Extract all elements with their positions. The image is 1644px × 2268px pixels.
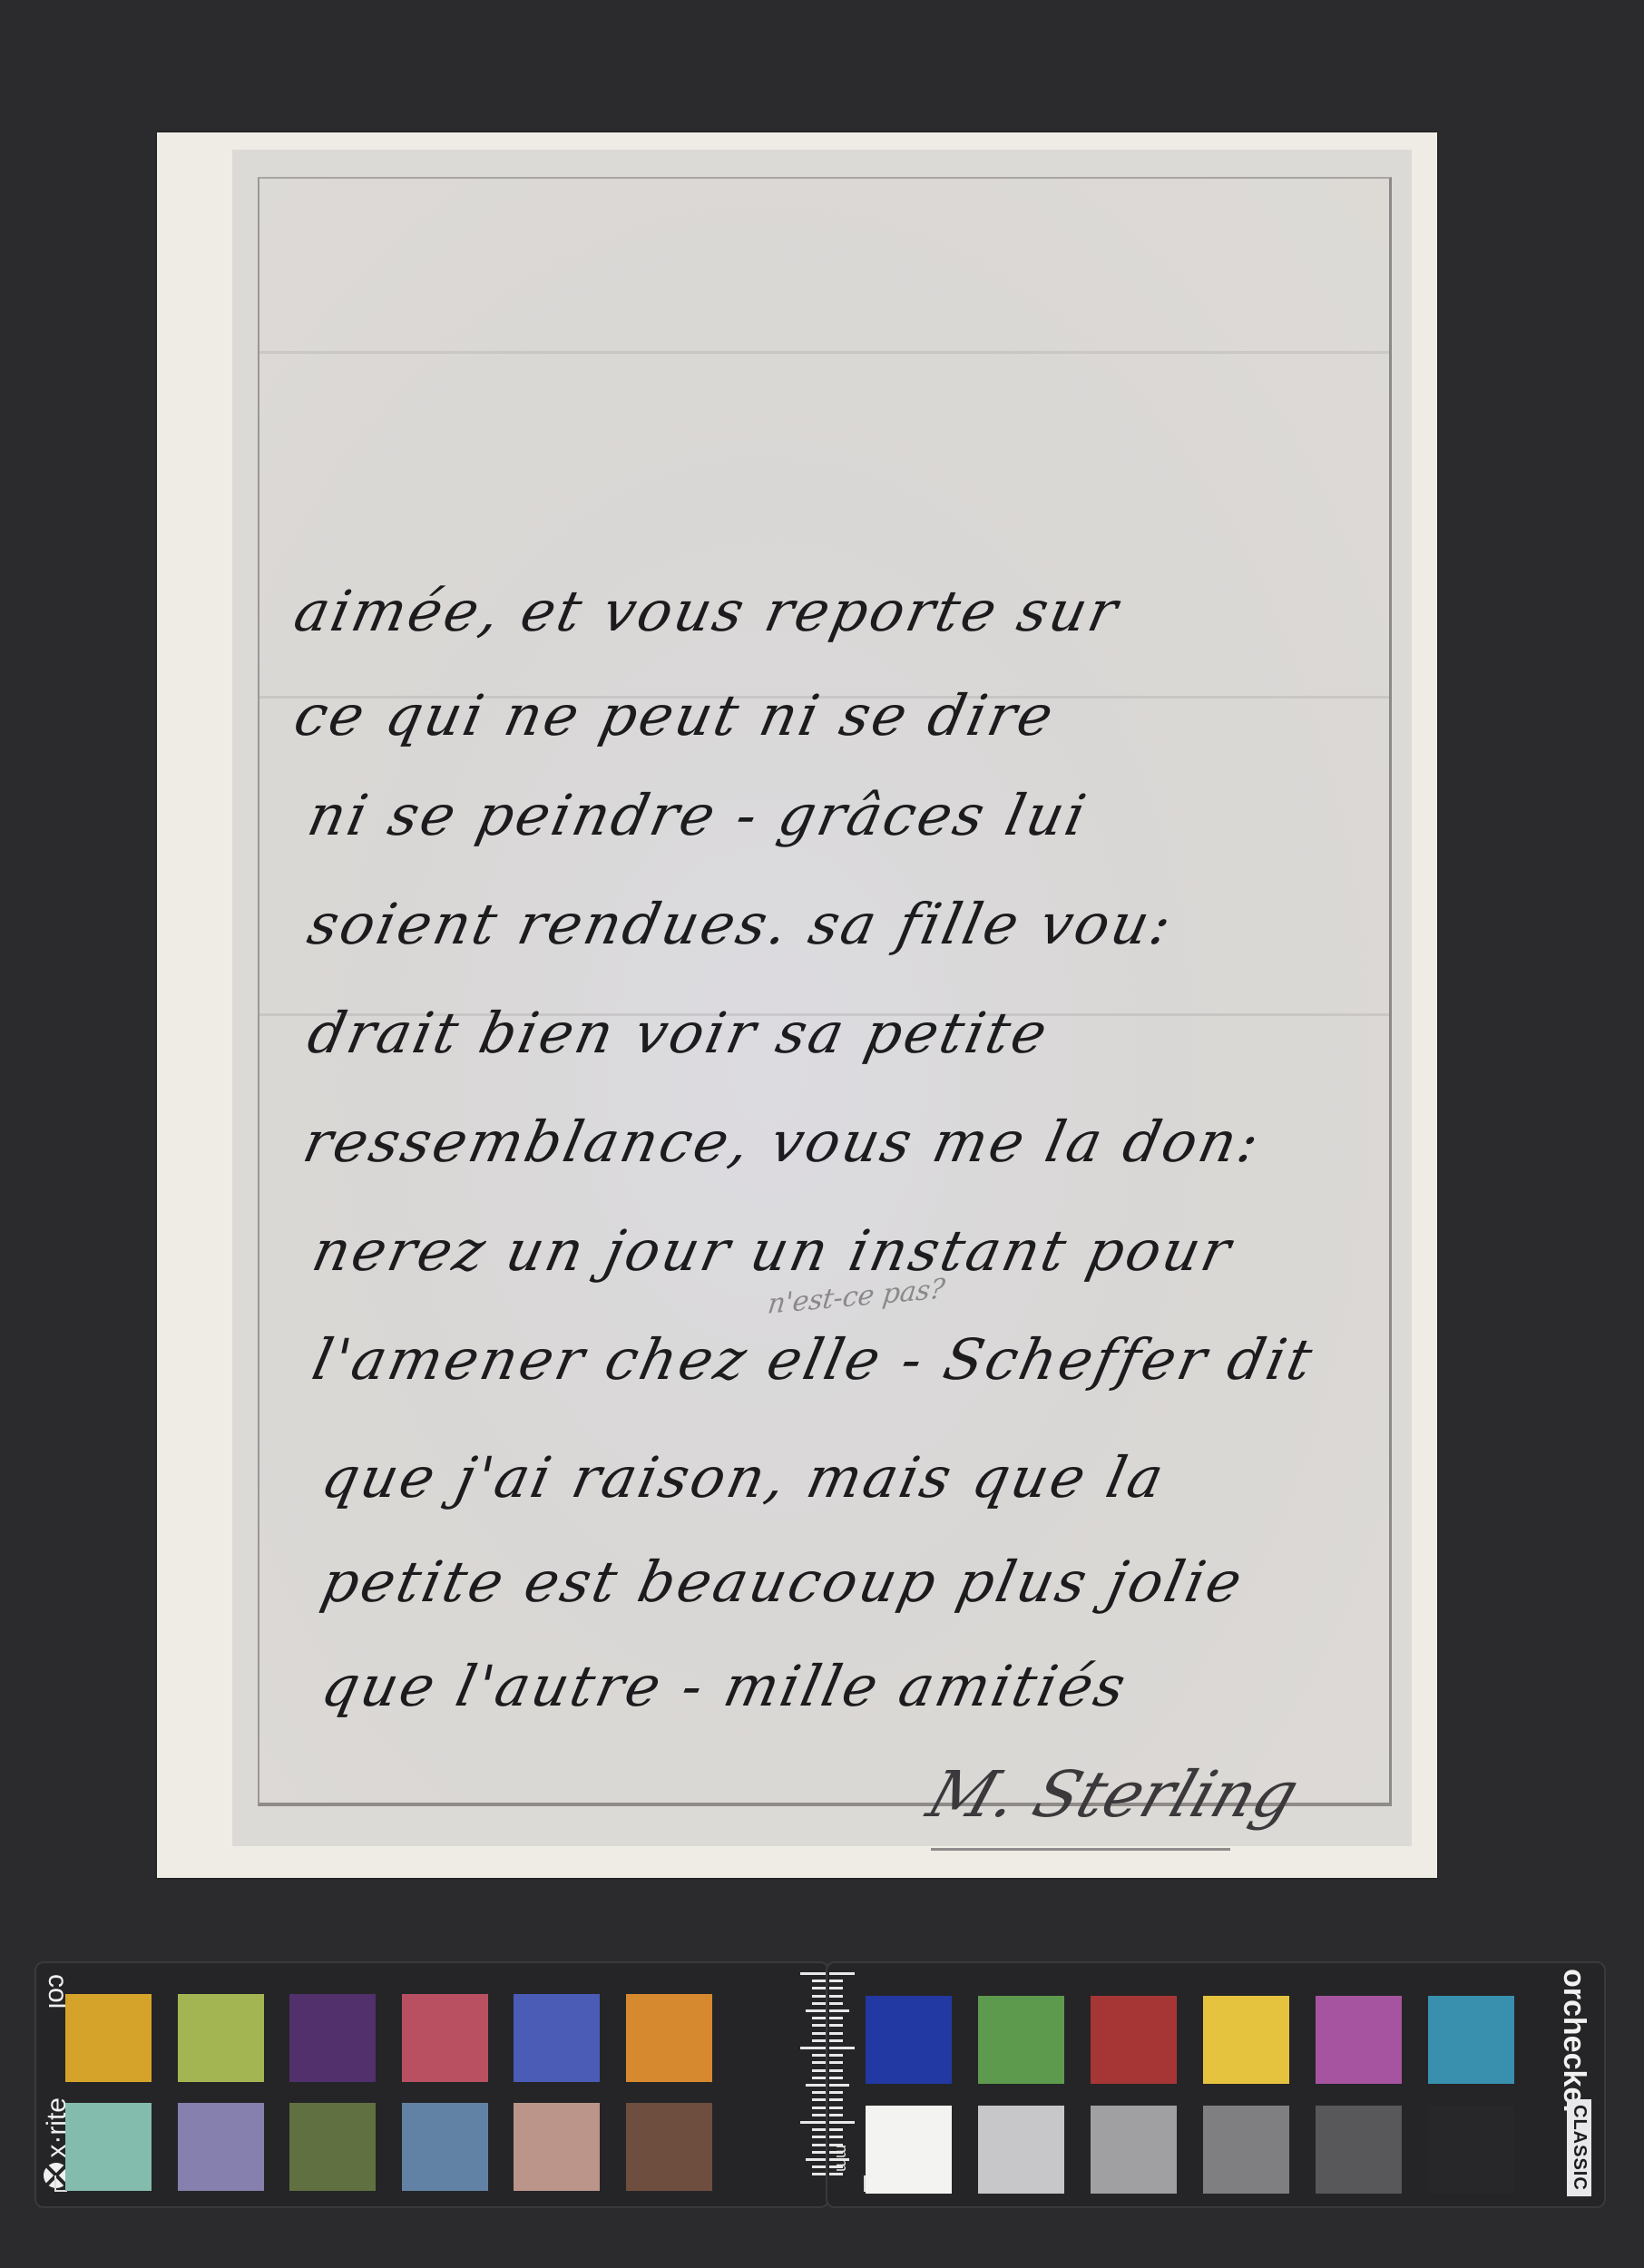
ruler-tick [812,2002,826,2005]
ruler-tick [812,2107,826,2109]
ruler-tick [812,1987,826,1989]
ruler-tick [829,2054,843,2057]
color-patch [1316,2106,1402,2194]
color-patch [866,1996,952,2084]
ruler-tick [806,2009,826,2012]
ruler-tick [829,2151,843,2154]
ruler-tick [812,2054,826,2057]
ruler-tick [812,2017,826,2019]
ruler-tick [829,2091,843,2094]
ruler-tick [812,2144,826,2146]
photographic-print: aimée, et vous reporte sur ce qui ne peu… [157,132,1437,1878]
signature: M. Sterling [919,1757,1307,1832]
color-patch [1091,2106,1177,2194]
letter-line-3: ni se peindre - grâces lui [302,782,1094,848]
photo-area: aimée, et vous reporte sur ce qui ne peu… [232,150,1412,1846]
letter-line-9: que j'ai raison, mais que la [316,1444,1171,1510]
letter-line-7: nerez un jour un instant pour [307,1217,1238,1284]
ruler-tick [812,2077,826,2079]
ruler-tick [829,2017,843,2019]
ruler-tick [829,2002,843,2005]
ruler-tick [812,2061,826,2064]
color-patch [65,2103,152,2191]
ruler-tick [829,2136,843,2138]
classic-badge: CLASSIC [1567,2099,1591,2196]
ruler-tick [812,2136,826,2138]
letter-line-4: soient rendues. sa fille vou: [302,891,1179,957]
color-patch [402,2103,488,2191]
ruler-tick [829,2069,843,2072]
color-patch [978,2106,1064,2194]
brand-label-partial: or [1557,1969,1591,1999]
handwritten-text: aimée, et vous reporte sur ce qui ne peu… [259,179,1389,1803]
color-patch [514,2103,600,2191]
color-patch [1316,1996,1402,2084]
ruler-tick [829,2098,843,2101]
ruler-tick [829,1972,855,1975]
ruler-tick [829,2009,849,2012]
ruler-tick [829,2107,843,2109]
color-patch [1091,1996,1177,2084]
ruler-tick [806,2158,826,2161]
color-patch [1203,1996,1289,2084]
color-patch [1203,2106,1289,2194]
ruler-tick [800,2121,826,2124]
letter-line-6: ressemblance, vous me la don: [298,1109,1267,1175]
ruler-tick [829,2128,843,2131]
ruler-tick [800,1972,826,1975]
ruler-tick [812,2173,826,2175]
ruler-tick [829,2077,843,2079]
ruler-tick [812,1995,826,1998]
ruler-tick [812,1980,826,1982]
ruler-tick [812,2165,826,2168]
ruler-tick [829,2165,843,2168]
ruler-tick [829,2173,843,2175]
color-checker-left-panel: col x·rite [34,1961,829,2208]
color-patch [289,2103,376,2191]
color-patch [65,1994,152,2082]
letter-line-2: ce qui ne peut ni se dire [289,682,1062,748]
ruler-tick [829,1987,843,1989]
ruler-tick [812,2024,826,2027]
color-patch [626,2103,712,2191]
letter-line-8: l'amener chez elle - Scheffer dit [307,1326,1320,1393]
ruler-tick [812,2091,826,2094]
ruler-tick [829,2047,855,2049]
ruler-tick [812,2069,826,2072]
color-patch [178,1994,264,2082]
ruler-tick [829,2121,855,2124]
ruler-tick [829,2084,849,2087]
color-patch [402,1994,488,2082]
color-patch [1428,1996,1514,2084]
ruler-tick [829,2039,843,2042]
color-patch [514,1994,600,2082]
ruler-tick [829,1995,843,1998]
ruler-tick [829,2114,843,2116]
ruler-tick [812,2128,826,2131]
color-patch [1428,2106,1514,2194]
color-patch [978,1996,1064,2084]
ruler-tick [829,2158,849,2161]
ruler-tick [829,2032,843,2035]
color-patch [866,2106,952,2194]
ruler-tick [800,2047,826,2049]
ruler-tick [812,2032,826,2035]
ruler-tick [829,2144,843,2146]
color-patch [289,1994,376,2082]
letter-line-1: aimée, et vous reporte sur [289,578,1126,644]
letter-line-11: que l'autre - mille amitiés [316,1653,1133,1719]
ruler-tick [812,2114,826,2116]
checker-brand-text: orchecker [1556,1969,1591,2116]
letter-line-5: drait bien voir sa petite [302,1000,1055,1066]
ruler-tick [829,2061,843,2064]
signature-underline [931,1848,1230,1851]
ruler-tick [806,2084,826,2087]
color-patch [178,2103,264,2191]
ruler-tick [829,2024,843,2027]
ruler-tick [829,1980,843,1982]
letter-sheet: aimée, et vous reporte sur ce qui ne peu… [258,177,1392,1806]
ruler-tick [812,2098,826,2101]
color-patch [626,1994,712,2082]
letter-line-10: petite est beaucoup plus jolie [316,1549,1250,1615]
ruler-tick [812,2039,826,2042]
color-checker-right-panel: mm orchecker CLASSIC [826,1961,1606,2208]
ruler-tick [812,2151,826,2154]
